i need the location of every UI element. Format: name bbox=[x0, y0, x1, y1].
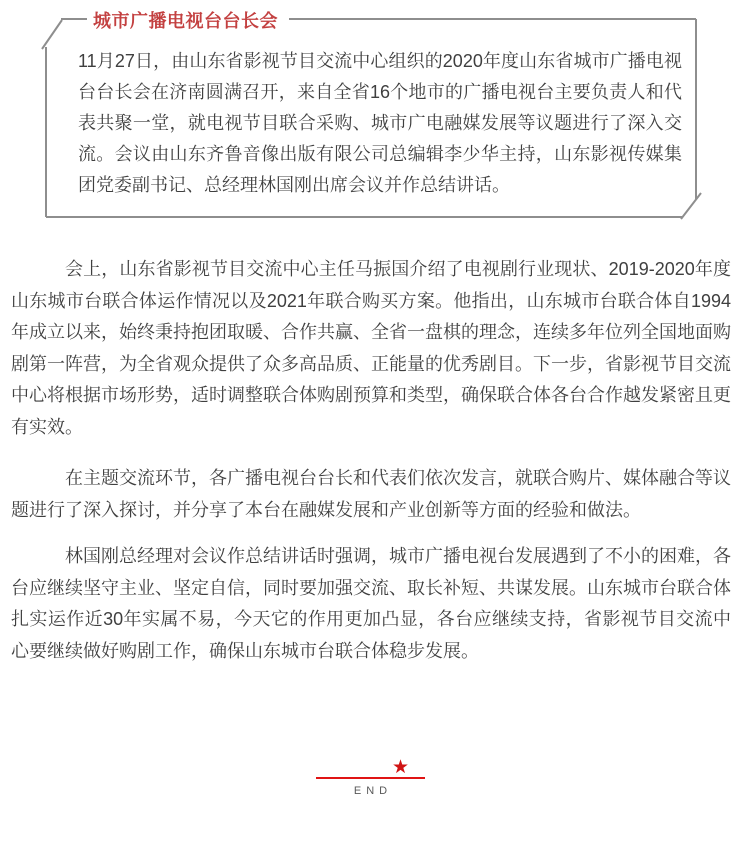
end-marker: ★ END bbox=[0, 777, 741, 797]
end-label: END bbox=[316, 785, 425, 797]
article-page: 城市广播电视台台长会 11月27日，由山东省影视节目交流中心组织的2020年度山… bbox=[0, 0, 741, 854]
article-paragraph-3: 林国刚总经理对会议作总结讲话时强调，城市广播电视台发展遇到了不小的困难，各台应继… bbox=[11, 541, 731, 667]
callout-box: 城市广播电视台台长会 11月27日，由山东省影视节目交流中心组织的2020年度山… bbox=[45, 18, 697, 218]
end-marker-box: ★ END bbox=[316, 777, 425, 797]
star-icon: ★ bbox=[392, 758, 409, 777]
article-paragraph-2: 在主题交流环节，各广播电视台台长和代表们依次发言，就联合购片、媒体融合等议题进行… bbox=[11, 463, 731, 526]
article-paragraph-1: 会上，山东省影视节目交流中心主任马振国介绍了电视剧行业现状、2019-2020年… bbox=[11, 254, 731, 443]
article-body: 会上，山东省影视节目交流中心主任马振国介绍了电视剧行业现状、2019-2020年… bbox=[11, 254, 731, 667]
callout-body-text: 11月27日，由山东省影视节目交流中心组织的2020年度山东省城市广播电视台台长… bbox=[45, 18, 697, 201]
